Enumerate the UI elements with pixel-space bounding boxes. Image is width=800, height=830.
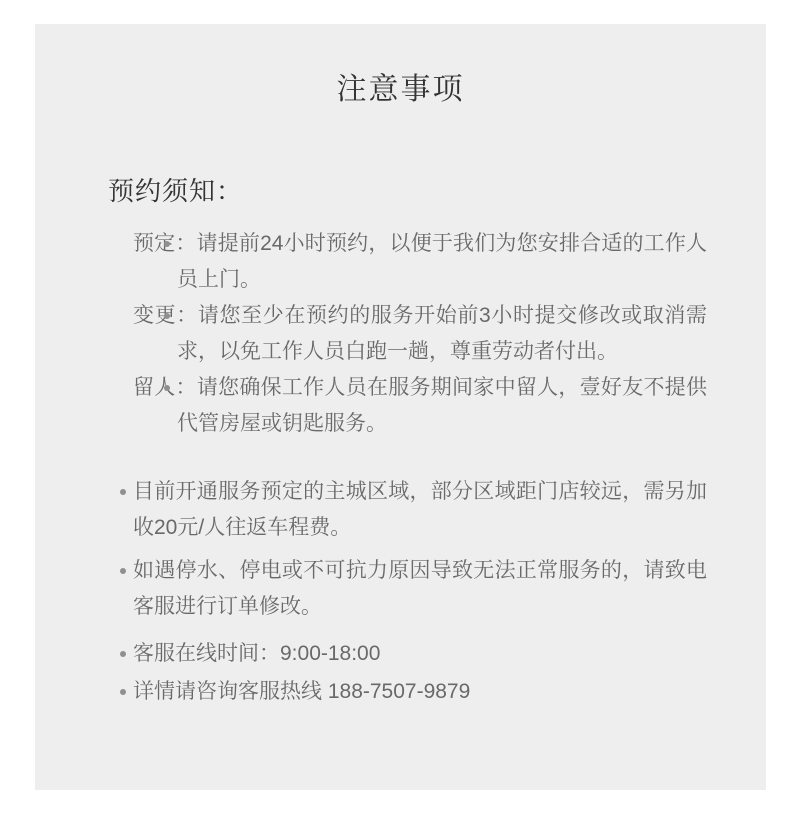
item-text: 客服在线时间：9:00-18:00 (133, 642, 380, 665)
section-heading: 预约须知： (108, 173, 766, 209)
notice-panel: 注意事项 预约须知： 预定：请提前24小时预约，以便于我们为您安排合适的工作人员… (35, 24, 766, 790)
notice-list: 预定：请提前24小时预约，以便于我们为您安排合适的工作人员上门。 变更：请您至少… (133, 226, 707, 710)
page-title: 注意事项 (35, 24, 766, 111)
item-text: 请您确保工作人员在服务期间家中留人，壹好友不提供代管房屋或钥匙服务。 (177, 376, 707, 435)
bullet-icon (120, 689, 126, 695)
bullet-icon (120, 568, 126, 574)
item-text: 如遇停水、停电或不可抗力原因导致无法正常服务的，请致电客服进行订单修改。 (133, 559, 707, 618)
notice-item-hotline: 详情请咨询客服热线 188-7507-9879 (133, 674, 707, 710)
bullet-icon (120, 489, 126, 495)
item-text: 目前开通服务预定的主城区域，部分区域距门店较远，需另加收20元/人往返车程费。 (133, 480, 707, 539)
notice-item-stay-home: 留人：请您确保工作人员在服务期间家中留人，壹好友不提供代管房屋或钥匙服务。 (133, 370, 707, 442)
notice-item-force-majeure: 如遇停水、停电或不可抗力原因导致无法正常服务的，请致电客服进行订单修改。 (133, 553, 707, 625)
bullet-icon (164, 385, 170, 391)
group-divider-space (133, 442, 707, 474)
notice-item-booking: 预定：请提前24小时预约，以便于我们为您安排合适的工作人员上门。 (133, 226, 707, 298)
notice-item-service-area: 目前开通服务预定的主城区域，部分区域距门店较远，需另加收20元/人往返车程费。 (133, 474, 707, 546)
notice-item-change: 变更：请您至少在预约的服务开始前3小时提交修改或取消需求，以免工作人员白跑一趟，… (133, 298, 707, 370)
bullet-icon (164, 313, 170, 319)
bullet-icon (120, 651, 126, 657)
item-text: 请提前24小时预约，以便于我们为您安排合适的工作人员上门。 (177, 232, 707, 291)
item-text: 请您至少在预约的服务开始前3小时提交修改或取消需求，以免工作人员白跑一趟，尊重劳… (177, 304, 707, 363)
bullet-icon (164, 241, 170, 247)
notice-item-service-hours: 客服在线时间：9:00-18:00 (133, 636, 707, 672)
item-text: 详情请咨询客服热线 188-7507-9879 (133, 680, 470, 703)
